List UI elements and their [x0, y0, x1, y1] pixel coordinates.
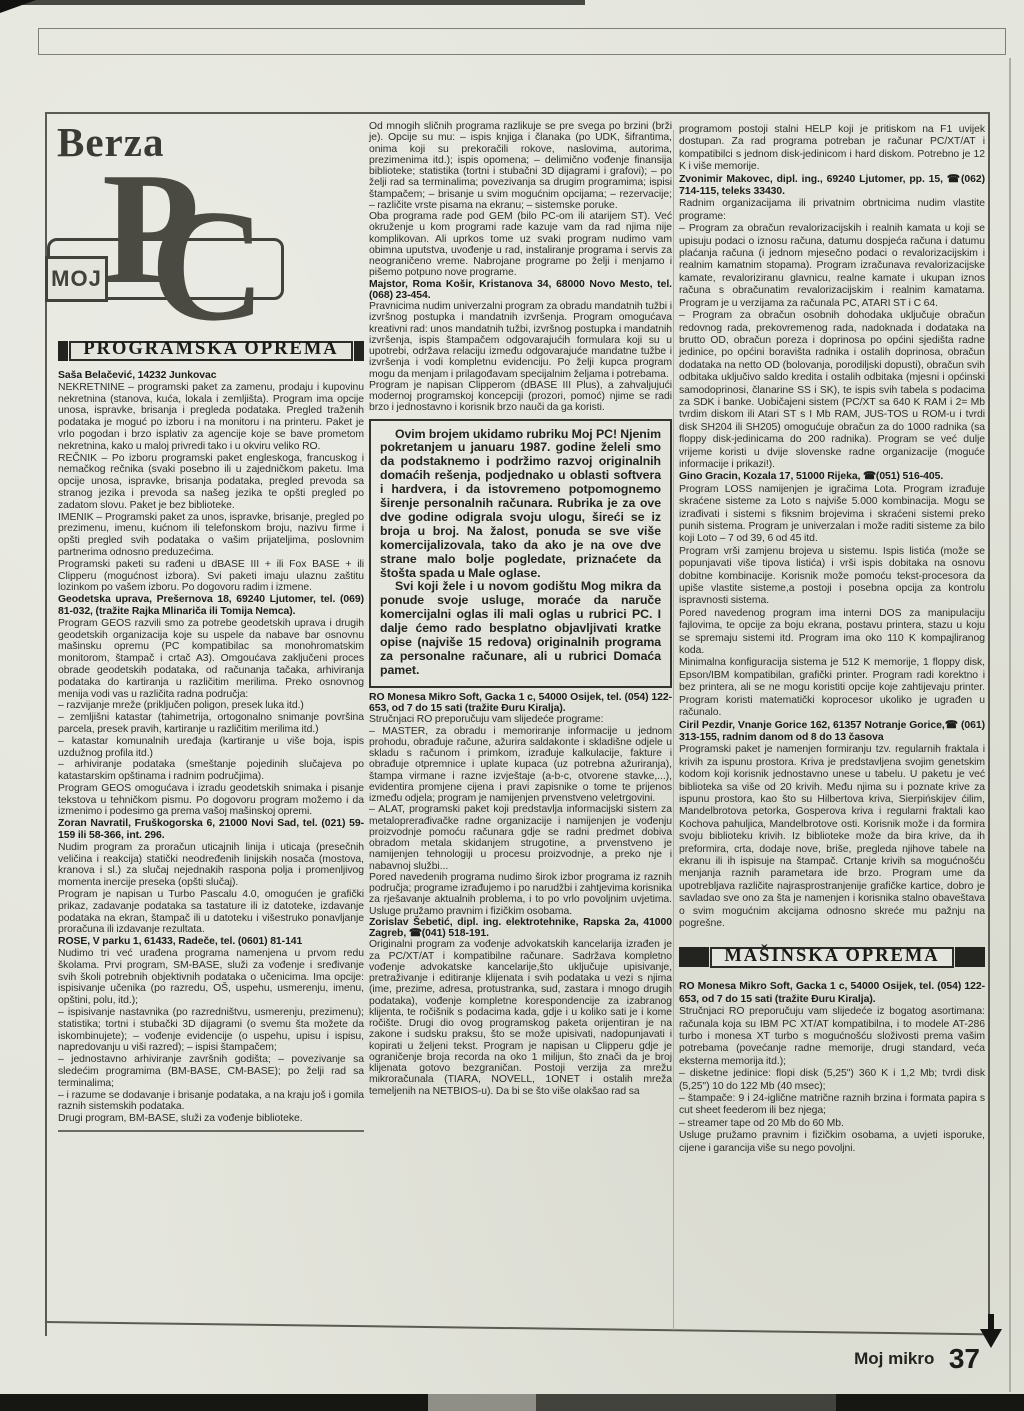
- header-bar-right: [955, 947, 985, 967]
- header-bar-right: [354, 341, 364, 361]
- ad-paragraph: Radnim organizacijama ili privatnim obrt…: [679, 198, 985, 223]
- ad-paragraph: Nudimo tri već urađena programa namenjen…: [58, 948, 364, 1007]
- continuation-arrow-icon: [980, 1314, 1002, 1352]
- header-bar-left: [58, 341, 68, 361]
- ad-paragraph: Programski paket je namenjen formiranju …: [679, 744, 985, 930]
- scan-artifact-bottom-mid: [536, 1394, 836, 1411]
- ad-heading: Zvonimir Makovec, dipl. ing., 69240 Ljut…: [679, 174, 985, 199]
- section-header: PROGRAMSKA OPREMA: [58, 337, 364, 365]
- ad-heading: RO Monesa Mikro Soft, Gacka 1 c, 54000 O…: [679, 981, 985, 1006]
- ad-paragraph: Program GEOS omogućava i izradu geodetsk…: [58, 783, 364, 818]
- ad-paragraph: – arhiviranje podataka (smeštanje pojedi…: [58, 759, 364, 783]
- ad-paragraph: Program GEOS razvili smo za potrebe geod…: [58, 618, 364, 701]
- ad-heading: Zoran Navratil, Fruškogorska 6, 21000 No…: [58, 818, 364, 842]
- ad-paragraph: Stručnjaci RO preporučuju vam slijedeće …: [679, 1006, 985, 1068]
- ad-paragraph: – Program za obračun revalorizacijskih i…: [679, 223, 985, 310]
- scan-artifact-corner: [0, 0, 36, 13]
- page-footer: Moj mikro 37: [700, 1343, 980, 1375]
- ad-heading: Gino Gracin, Kozala 17, 51000 Rijeka, ☎(…: [679, 471, 985, 483]
- ad-paragraph: Usluge pružamo pravnim i fizičkim osobam…: [679, 1130, 985, 1155]
- column-divider-line: [673, 130, 674, 1330]
- page-number: 37: [949, 1343, 980, 1374]
- magazine-page: Berza P C MOJ PROGRAMSKA OPREMASaša Bela…: [0, 0, 1024, 1411]
- ad-paragraph: – zemljišni katastar (tahimetrija, ortog…: [58, 712, 364, 736]
- column-right: programom postoji stalni HELP koji je pr…: [679, 124, 985, 1155]
- ad-heading: Majstor, Roma Košir, Kristanova 34, 6800…: [369, 279, 672, 302]
- ad-paragraph: programom postoji stalni HELP koji je pr…: [679, 124, 985, 174]
- ad-paragraph: Originalni program za vođenje advokatski…: [369, 939, 672, 1097]
- ad-paragraph: Program je napisan u Turbo Pascalu 4.0, …: [58, 889, 364, 936]
- ad-paragraph: – MASTER, za obradu i memoriranje inform…: [369, 726, 672, 805]
- ad-paragraph: – i razume se dodavanje i brisanje podat…: [58, 1090, 364, 1114]
- scan-artifact-top-edge: [0, 0, 585, 5]
- ad-paragraph: Pored navedenog program ima interni DOS …: [679, 608, 985, 658]
- ad-paragraph: Stručnjaci RO preporučuju vam slijedeće …: [369, 714, 672, 725]
- section-header: MAŠINSKA OPREMA: [679, 943, 985, 971]
- ad-heading: Geodetska uprava, Prešernova 18, 69240 L…: [58, 594, 364, 618]
- magazine-name: Moj mikro: [854, 1349, 934, 1368]
- ad-paragraph: – razvijanje mreže (priključen poligon, …: [58, 700, 364, 712]
- ad-paragraph: NEKRETNINE – programski paket za zamenu,…: [58, 382, 364, 453]
- ad-paragraph: Drugi program, BM-BASE, služi za vođenje…: [58, 1113, 364, 1125]
- ad-heading: Zorislav Šebetić, dipl. ing. elektrotehn…: [369, 917, 672, 940]
- ad-paragraph: Pored navedenih programa nudimo širok iz…: [369, 872, 672, 917]
- ad-paragraph: – jednostavno arhiviranje završnih godiš…: [58, 1054, 364, 1089]
- ad-heading: ROSE, V parku 1, 61433, Radeče, tel. (06…: [58, 936, 364, 948]
- editorial-announcement-box: Ovim brojem ukidamo rubriku Moj PC! Njen…: [369, 419, 672, 688]
- ad-paragraph: Program vrši zamjenu brojeva u sistemu. …: [679, 546, 985, 608]
- ad-paragraph: – streamer tape od 20 Mb do 60 Mb.: [679, 1118, 985, 1130]
- ad-heading: Ciril Pezdir, Vnanje Gorice 162, 61357 N…: [679, 720, 985, 745]
- ad-paragraph: – Program za obračun osobnih dohodaka uk…: [679, 310, 985, 471]
- ad-paragraph: – katastar komunalnih uređaja (kartiranj…: [58, 736, 364, 760]
- top-empty-frame: [38, 28, 1006, 55]
- ad-heading: Saša Belačević, 14232 Junkovac: [58, 370, 364, 382]
- section-header-label: PROGRAMSKA OPREMA: [69, 341, 352, 361]
- ad-paragraph: – ALAT, programski paket koji predstavlj…: [369, 804, 672, 872]
- ad-paragraph: – štampače: 9 i 24-iglične matrične razn…: [679, 1093, 985, 1118]
- ad-paragraph: Od mnogih sličnih programa razlikuje se …: [369, 121, 672, 211]
- announcement-paragraph: Svi koji žele i u novom godištu Mog mikr…: [380, 580, 661, 677]
- column-left: PROGRAMSKA OPREMASaša Belačević, 14232 J…: [58, 337, 364, 1132]
- column-middle: Od mnogih sličnih programa razlikuje se …: [369, 121, 672, 1097]
- scan-page-edge-line: [1009, 58, 1011, 1392]
- ad-paragraph: Program LOSS namijenjen je igračima Lota…: [679, 484, 985, 546]
- ad-heading: RO Monesa Mikro Soft, Gacka 1 c, 54000 O…: [369, 692, 672, 715]
- logo-moj-label: MOJ: [45, 256, 108, 302]
- ad-paragraph: Nudim program za proračun uticajnih lini…: [58, 842, 364, 889]
- section-header-label: MAŠINSKA OPREMA: [710, 947, 953, 967]
- ad-paragraph: Minimalna konfiguracija sistema je 512 K…: [679, 657, 985, 719]
- ad-paragraph: Oba programa rade pod GEM (bilo PC-om il…: [369, 211, 672, 279]
- ad-paragraph: Programski paketi su rađeni u dBASE III …: [58, 559, 364, 594]
- ad-paragraph: – ispisivanje nastavnika (po razredništv…: [58, 1007, 364, 1054]
- ad-paragraph: REČNIK – Po izboru programski paket engl…: [58, 453, 364, 512]
- ad-paragraph: Program je napisan Clipperom (dBASE III …: [369, 380, 672, 414]
- column-end-rule: [58, 1130, 364, 1132]
- ad-paragraph: IMENIK – Programski paket za unos, ispra…: [58, 512, 364, 559]
- ad-paragraph: – disketne jedinice: flopi disk (5,25") …: [679, 1068, 985, 1093]
- header-bar-left: [679, 947, 709, 967]
- announcement-paragraph: Ovim brojem ukidamo rubriku Moj PC! Njen…: [380, 428, 661, 581]
- ad-paragraph: Pravnicima nudim univerzalni program za …: [369, 301, 672, 380]
- logo-letter-c: C: [150, 185, 266, 345]
- scan-artifact-bottom-light: [428, 1394, 536, 1411]
